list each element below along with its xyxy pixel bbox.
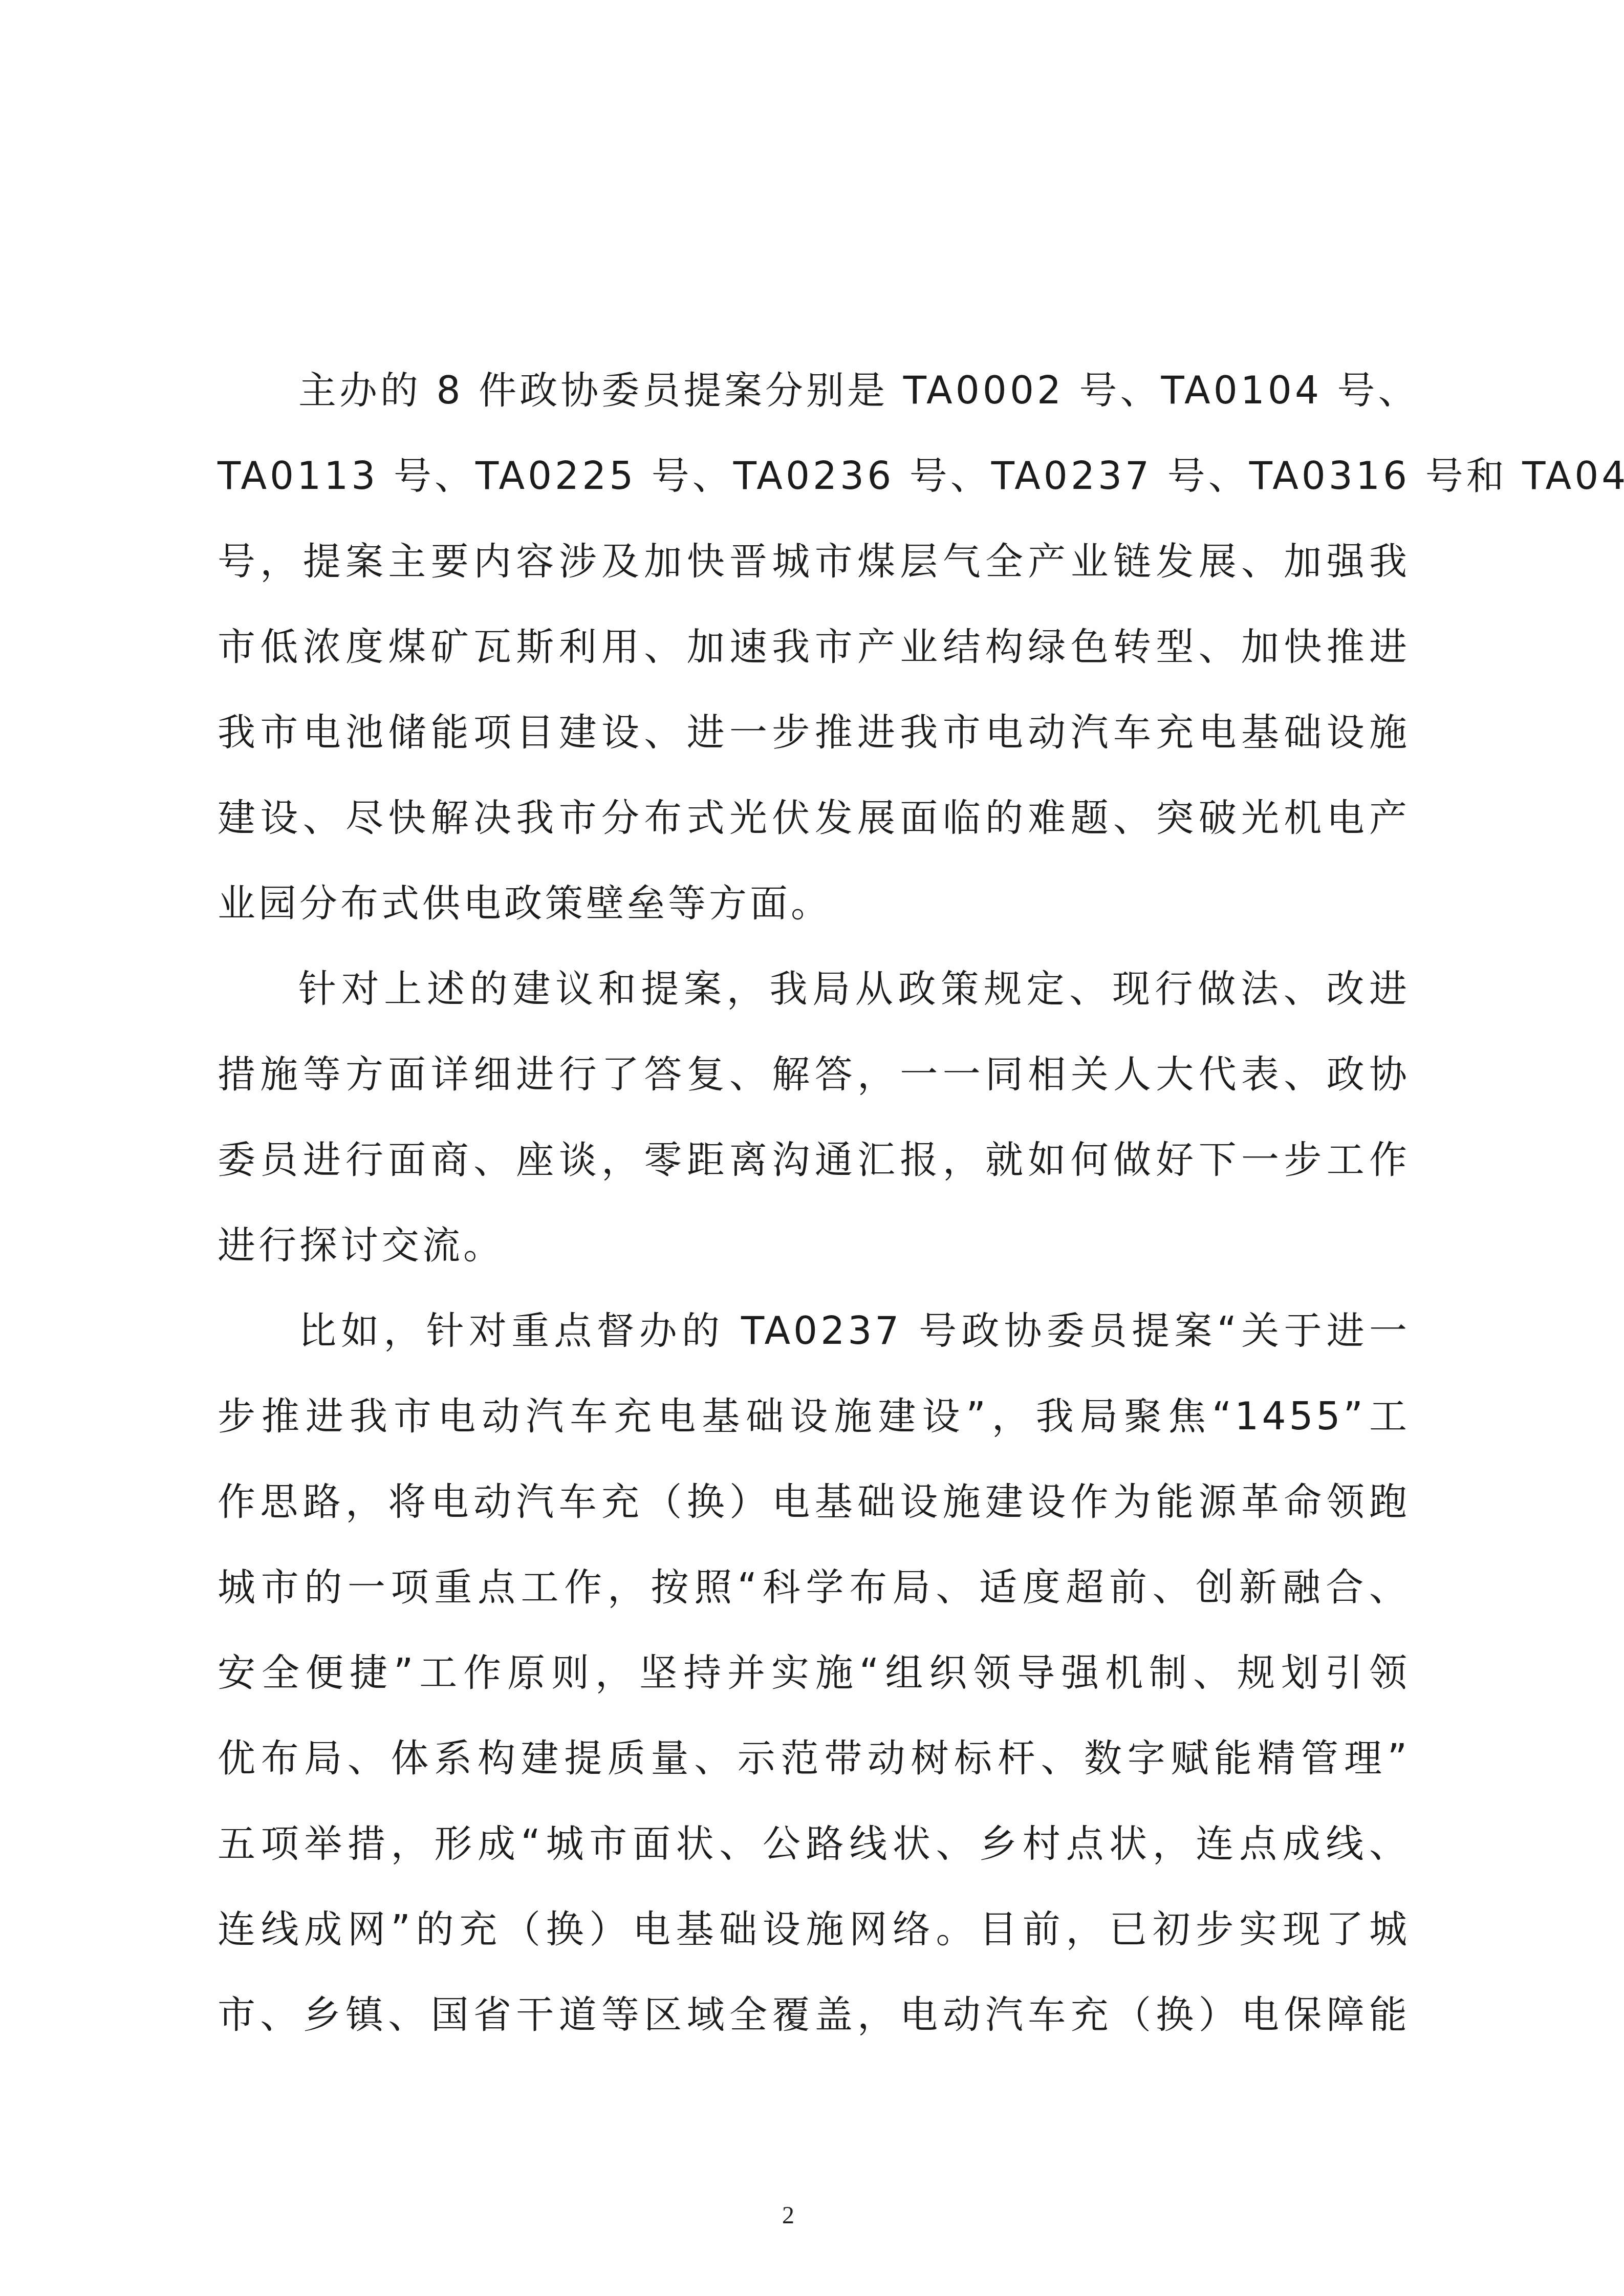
text-line: 连线成网”的充（换）电基础设施网络。目前，已初步实现了城 (218, 1887, 1410, 1972)
page-number: 2 (768, 2201, 809, 2229)
document-page: 主办的 8 件政协委员提案分别是 TA0002 号、TA0104 号、 TA01… (0, 0, 1624, 2296)
text-line: 市、乡镇、国省干道等区域全覆盖，电动汽车充（换）电保障能 (218, 1972, 1410, 2058)
text-line: 市低浓度煤矿瓦斯利用、加速我市产业结构绿色转型、加快推进 (218, 605, 1410, 690)
text-line: 委员进行面商、座谈，零距离沟通汇报，就如何做好下一步工作 (218, 1118, 1410, 1203)
text-line: 我市电池储能项目建设、进一步推进我市电动汽车充电基础设施 (218, 690, 1410, 776)
text-line: 优布局、体系构建提质量、示范带动树标杆、数字赋能精管理” (218, 1716, 1410, 1801)
paragraph-1: 主办的 8 件政协委员提案分别是 TA0002 号、TA0104 号、 TA01… (218, 348, 1410, 947)
text-line: 城市的一项重点工作，按照“科学布局、适度超前、创新融合、 (218, 1545, 1410, 1630)
paragraph-3: 比如，针对重点督办的 TA0237 号政协委员提案“关于进一 步推进我市电动汽车… (218, 1289, 1410, 2058)
text-line: 步推进我市电动汽车充电基础设施建设”，我局聚焦“1455”工 (218, 1374, 1410, 1460)
text-line: 措施等方面详细进行了答复、解答，一一同相关人大代表、政协 (218, 1032, 1410, 1118)
text-line: TA0113 号、TA0225 号、TA0236 号、TA0237 号、TA03… (218, 434, 1410, 519)
text-line: 比如，针对重点督办的 TA0237 号政协委员提案“关于进一 (218, 1289, 1410, 1374)
paragraph-2: 针对上述的建议和提案，我局从政策规定、现行做法、改进 措施等方面详细进行了答复、… (218, 947, 1410, 1289)
text-line: 建设、尽快解决我市分布式光伏发展面临的难题、突破光机电产 (218, 776, 1410, 861)
text-line: 针对上述的建议和提案，我局从政策规定、现行做法、改进 (218, 947, 1410, 1032)
text-line: 号，提案主要内容涉及加快晋城市煤层气全产业链发展、加强我 (218, 519, 1410, 605)
text-line: 业园分布式供电政策壁垒等方面。 (218, 861, 1410, 947)
text-line: 作思路，将电动汽车充（换）电基础设施建设作为能源革命领跑 (218, 1460, 1410, 1545)
text-line: 进行探讨交流。 (218, 1203, 1410, 1289)
text-line: 安全便捷”工作原则，坚持并实施“组织领导强机制、规划引领 (218, 1630, 1410, 1716)
text-line: 主办的 8 件政协委员提案分别是 TA0002 号、TA0104 号、 (218, 348, 1410, 434)
body-text: 主办的 8 件政协委员提案分别是 TA0002 号、TA0104 号、 TA01… (218, 348, 1410, 2058)
text-line: 五项举措，形成“城市面状、公路线状、乡村点状，连点成线、 (218, 1801, 1410, 1887)
